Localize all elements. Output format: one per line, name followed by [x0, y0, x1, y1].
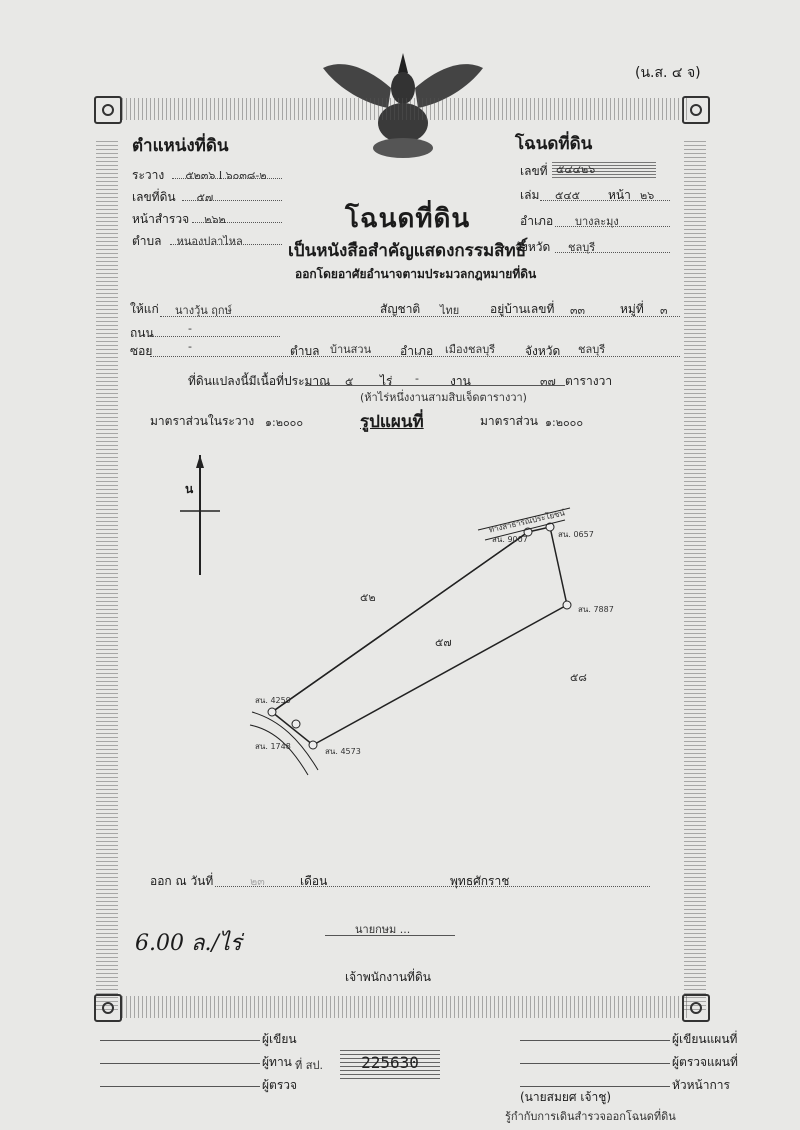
land-plan: [0, 0, 800, 1130]
serial-number: 225630: [340, 1047, 440, 1079]
official-title: เจ้าพนักงานที่ดิน: [345, 968, 431, 987]
marker-label: สน. 7887: [578, 603, 614, 616]
issued-at-label: ออก ณ วันที่: [150, 872, 213, 891]
parcel-neighbor-se: ๕๘: [570, 668, 587, 686]
year-label: พุทธศักราช: [450, 872, 509, 891]
signer-name: (นายสมยศ เจ้าชู): [520, 1088, 611, 1107]
issued-day: ๒๓: [250, 872, 265, 890]
role-writer: ผู้เขียน: [262, 1030, 297, 1049]
role-map-writer: ผู้เขียนแผนที่: [672, 1030, 737, 1049]
marker-label: สน. 4573: [325, 745, 361, 758]
role-map-checker: ผู้ตรวจแผนที่: [672, 1053, 738, 1072]
marker-label: สน. 4259: [255, 694, 291, 707]
marker-label: สน. 1748: [255, 740, 291, 753]
handwritten-note: 6.00 ล./ไร่: [135, 925, 242, 960]
parcel-this: ๕๗: [435, 633, 452, 651]
official-signature: นายกษม ...: [355, 920, 410, 938]
parcel-neighbor-nw: ๕๒: [360, 588, 376, 606]
signer-title: รู้กำกับการเดินสำรวจออกโฉนดที่ดิน: [505, 1107, 676, 1125]
serial-prefix: ที่ สป.: [295, 1056, 323, 1074]
north-label: น: [185, 480, 193, 499]
marker-label: สน. 0657: [558, 528, 594, 541]
role-reader: ผู้ทาน: [262, 1053, 292, 1072]
role-checker: ผู้ตรวจ: [262, 1076, 297, 1095]
role-head: หัวหน้าการ: [672, 1076, 730, 1095]
month-label: เดือน: [300, 872, 327, 891]
